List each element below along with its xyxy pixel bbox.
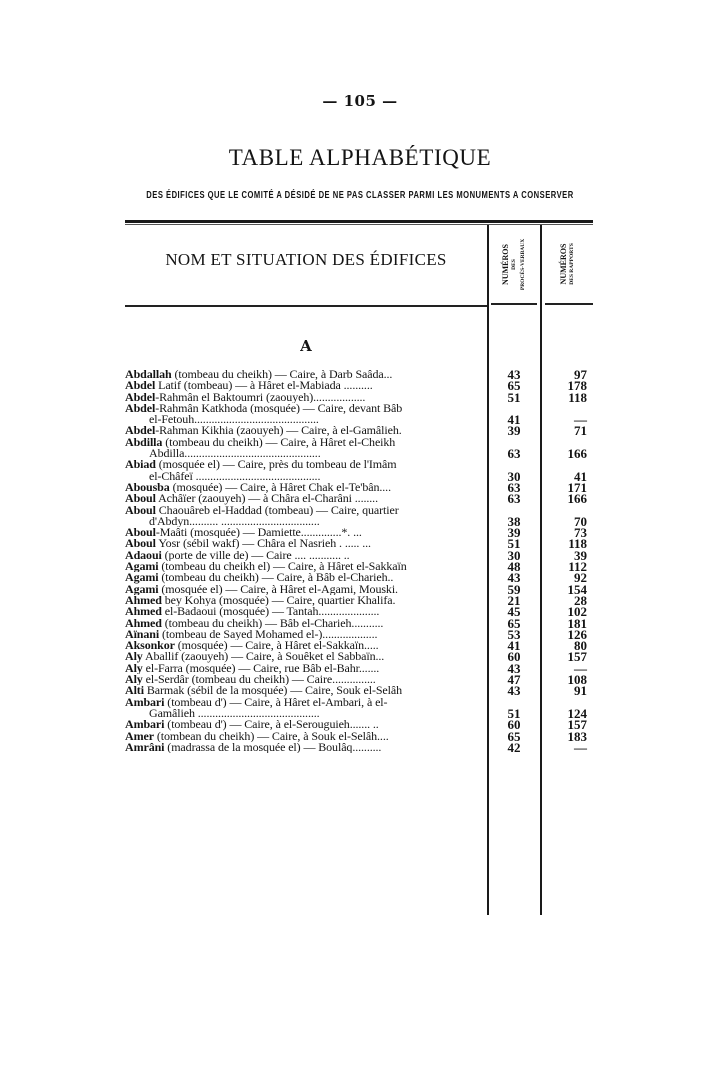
entry-text: (tombeau d') — Caire, à el-Serouguieh...… xyxy=(164,719,378,730)
table-row: Abdel-Rahman Kikhia (zaouyeh) — Caire, à… xyxy=(125,425,595,436)
entry-head-word: Aboul xyxy=(125,493,156,504)
entry-name: Abdel-Rahmân el Baktoumri (zaouyeh).....… xyxy=(125,392,487,403)
entry-text: Aballif (zaouyeh) — Caire, à Souêket el … xyxy=(143,651,385,662)
table-row: Ambari (tombeau d') — Caire, à Hâret el-… xyxy=(125,697,595,708)
entry-name: Aboul-Maâti (mosquée) — Damiette........… xyxy=(125,527,487,538)
table-row: Agami (mosquée el) — Caire, à Hâret el-A… xyxy=(125,584,595,595)
table-row: Abdilla.................................… xyxy=(125,448,595,459)
entry-head-word: Ambari xyxy=(125,697,164,708)
table-row: Aboul Yosr (sébil wakf) — Châra el Nasri… xyxy=(125,538,595,549)
entry-name: Abdel-Rahmân Katkhoda (mosquée) — Caire,… xyxy=(125,403,487,414)
proces-verbal-number: 63 xyxy=(487,448,541,459)
entry-head-word: Agami xyxy=(125,561,159,572)
entry-text: bey Kohya (mosquée) — Caire, quartier Kh… xyxy=(162,595,396,606)
entry-name: Aly Aballif (zaouyeh) — Caire, à Souêket… xyxy=(125,651,487,662)
entry-text: Barmak (sébil de la mosquée) — Caire, So… xyxy=(144,685,402,696)
proces-verbal-number: 51 xyxy=(487,392,541,403)
rapport-number: 166 xyxy=(541,493,595,504)
entry-text: el-Châfeï ..............................… xyxy=(149,471,320,482)
entry-name: Alti Barmak (sébil de la mosquée) — Cair… xyxy=(125,685,487,696)
table-row: Gamâlieh ...............................… xyxy=(125,708,595,719)
entry-name: Adaoui (porte de ville de) — Caire .... … xyxy=(125,550,487,561)
rapport-number: 71 xyxy=(541,425,595,436)
entry-name: Abdel-Rahman Kikhia (zaouyeh) — Caire, à… xyxy=(125,425,487,436)
entry-text: -Maâti (mosquée) — Damiette.............… xyxy=(156,527,362,538)
table-row: Abdel-Rahmân Katkhoda (mosquée) — Caire,… xyxy=(125,403,595,414)
table-row: Ahmed bey Kohya (mosquée) — Caire, quart… xyxy=(125,595,595,606)
entry-text: (porte de ville de) — Caire .... .......… xyxy=(162,550,350,561)
entry-name: Gamâlieh ...............................… xyxy=(125,708,487,719)
table-row: Amer (tombean du cheikh) — Caire, à Souk… xyxy=(125,731,595,742)
header-proces-verbaux: NUMÉROS DES PROCÈS-VERBAUX xyxy=(490,228,540,300)
entry-name: Abiad (mosquée el) — Caire, près du tomb… xyxy=(125,459,487,470)
entry-name: Abdallah (tombeau du cheikh) — Caire, à … xyxy=(125,369,487,380)
entry-text: (mosquée) — Caire, à Hâret el-Sakkaïn...… xyxy=(175,640,379,651)
table-row: Abdallah (tombeau du cheikh) — Caire, à … xyxy=(125,369,595,380)
entry-text: Gamâlieh ...............................… xyxy=(149,708,320,719)
entry-head-word: Alti xyxy=(125,685,144,696)
entry-name: Agami (mosquée el) — Caire, à Hâret el-A… xyxy=(125,584,487,595)
entry-head-word: Aboul xyxy=(125,538,156,549)
table-row: Aboul-Maâti (mosquée) — Damiette........… xyxy=(125,527,595,538)
entry-head-word: Ahmed xyxy=(125,606,162,617)
entry-text: (mosquée el) — Caire, près du tombeau de… xyxy=(156,459,397,470)
entry-name: Amrâni (madrassa de la mosquée el) — Bou… xyxy=(125,742,487,753)
header-rule-col1 xyxy=(491,303,537,305)
entry-name: Agami (tombeau du cheikh el) — Caire, à … xyxy=(125,561,487,572)
entries-list: Abdallah (tombeau du cheikh) — Caire, à … xyxy=(125,369,595,753)
entry-head-word: Abousba xyxy=(125,482,170,493)
entry-text: (mosquée) — Caire, à Hâret Chak el-Te'bâ… xyxy=(170,482,391,493)
table-row: Ambari (tombeau d') — Caire, à el-Seroug… xyxy=(125,719,595,730)
table-row: Alti Barmak (sébil de la mosquée) — Cair… xyxy=(125,685,595,696)
table-row: Aïnani (tombeau de Sayed Mohamed el-)...… xyxy=(125,629,595,640)
table-row: Adaoui (porte de ville de) — Caire .... … xyxy=(125,550,595,561)
entry-text: (tombeau du cheikh) — Caire, à Bâb el-Ch… xyxy=(159,572,394,583)
table-row: Abdel Latif (tombeau) — à Hâret el-Mabia… xyxy=(125,380,595,391)
header-rap-line2: DES RAPPORTS xyxy=(568,243,577,285)
entry-name: Ambari (tombeau d') — Caire, à el-Seroug… xyxy=(125,719,487,730)
entry-name: Aboul Chaouâreb el-Haddad (tombeau) — Ca… xyxy=(125,505,487,516)
table-row: Abiad (mosquée el) — Caire, près du tomb… xyxy=(125,459,595,470)
table-row: Ahmed el-Badaoui (mosquée) — Tantah.....… xyxy=(125,606,595,617)
rapport-number: — xyxy=(541,742,595,753)
entry-text: (tombeau du cheikh el) — Caire, à Hâret … xyxy=(159,561,407,572)
entry-text: (mosquée el) — Caire, à Hâret el-Agami, … xyxy=(159,584,398,595)
entry-name: el-Châfeï ..............................… xyxy=(125,471,487,482)
entry-head-word: Amrâni xyxy=(125,742,164,753)
entry-text: -Rahmân el Baktoumri (zaouyeh)..........… xyxy=(155,392,365,403)
table-row: Aboul Achâïer (zaouyeh) — à Châra el-Cha… xyxy=(125,493,595,504)
table-row: Aly Aballif (zaouyeh) — Caire, à Souêket… xyxy=(125,651,595,662)
entry-text: Achâïer (zaouyeh) — à Châra el-Charâni .… xyxy=(156,493,378,504)
entry-name: Aboul Achâïer (zaouyeh) — à Châra el-Cha… xyxy=(125,493,487,504)
entry-name: Amer (tombean du cheikh) — Caire, à Souk… xyxy=(125,731,487,742)
entry-head-word: Aboul xyxy=(125,505,156,516)
entry-text: Yosr (sébil wakf) — Châra el Nasrieh . .… xyxy=(156,538,371,549)
entry-text: (tombean du cheikh) — Caire, à Souk el-S… xyxy=(154,731,389,742)
entry-name: Ahmed el-Badaoui (mosquée) — Tantah.....… xyxy=(125,606,487,617)
entry-head-word: Abdallah xyxy=(125,369,172,380)
entry-head-word: Aly xyxy=(125,663,143,674)
entry-head-word: Abdilla xyxy=(125,437,162,448)
entry-text: (tombeau du cheikh) — Caire, à Darb Saâd… xyxy=(172,369,393,380)
entry-head-word: Agami xyxy=(125,584,159,595)
table-top-rule xyxy=(125,220,593,223)
header-rule-main xyxy=(125,305,487,307)
entry-head-word: Abiad xyxy=(125,459,156,470)
entry-head-word: Amer xyxy=(125,731,154,742)
table-row: Abdel-Rahmân el Baktoumri (zaouyeh).....… xyxy=(125,392,595,403)
entry-text: -Rahmân Katkhoda (mosquée) — Caire, deva… xyxy=(155,403,402,414)
entry-name: el-Fetouh...............................… xyxy=(125,414,487,425)
proces-verbal-number: 39 xyxy=(487,425,541,436)
header-name-column: NOM ET SITUATION DES ÉDIFICES xyxy=(125,250,487,270)
entry-text: el-Serdâr (tombeau du cheikh) — Caire...… xyxy=(143,674,376,685)
table-row: d'Abdyn.......... ......................… xyxy=(125,516,595,527)
table-top-rule-thin xyxy=(125,224,593,225)
table-row: Ahmed (tombeau du cheikh) — Bâb el-Chari… xyxy=(125,618,595,629)
entry-head-word: Aboul xyxy=(125,527,156,538)
rapport-number: 118 xyxy=(541,392,595,403)
entry-name: Ahmed bey Kohya (mosquée) — Caire, quart… xyxy=(125,595,487,606)
header-pv-line1: NUMÉROS xyxy=(502,238,511,289)
header-pv-line3: PROCÈS-VERBAUX xyxy=(520,238,529,289)
table-row: Aly el-Serdâr (tombeau du cheikh) — Cair… xyxy=(125,674,595,685)
entry-head-word: Aly xyxy=(125,651,143,662)
entry-name: Agami (tombeau du cheikh) — Caire, à Bâb… xyxy=(125,572,487,583)
entry-text: (tombeau du cheikh) — Bâb el-Charieh....… xyxy=(162,618,383,629)
section-letter: A xyxy=(125,337,487,355)
page-subtitle: DES ÉDIFICES QUE LE COMITÉ A DÉSIDÉ DE N… xyxy=(0,188,720,200)
entry-head-word: Abdel xyxy=(125,392,155,403)
entry-head-word: Aksonkor xyxy=(125,640,175,651)
entry-name: Aksonkor (mosquée) — Caire, à Hâret el-S… xyxy=(125,640,487,651)
entry-head-word: Ahmed xyxy=(125,595,162,606)
entry-head-word: Ahmed xyxy=(125,618,162,629)
table-row: Aly el-Farra (mosquée) — Caire, rue Bâb … xyxy=(125,663,595,674)
proces-verbal-number: 43 xyxy=(487,685,541,696)
rapport-number: 166 xyxy=(541,448,595,459)
entry-text: Latif (tombeau) — à Hâret el-Mabiada ...… xyxy=(155,380,372,391)
entry-name: Abousba (mosquée) — Caire, à Hâret Chak … xyxy=(125,482,487,493)
entry-text: d'Abdyn.......... ......................… xyxy=(149,516,320,527)
header-rap-line1: NUMÉROS xyxy=(559,243,568,285)
entry-head-word: Abdel xyxy=(125,380,155,391)
table-row: Aksonkor (mosquée) — Caire, à Hâret el-S… xyxy=(125,640,595,651)
page-number: — 105 — xyxy=(0,92,720,110)
table-row: Agami (tombeau du cheikh el) — Caire, à … xyxy=(125,561,595,572)
header-rule-col2 xyxy=(545,303,593,305)
entry-head-word: Abdel xyxy=(125,425,155,436)
entry-head-word: Aly xyxy=(125,674,143,685)
entry-name: Aïnani (tombeau de Sayed Mohamed el-)...… xyxy=(125,629,487,640)
page-title: TABLE ALPHABÉTIQUE xyxy=(0,145,720,171)
entry-text: -Rahman Kikhia (zaouyeh) — Caire, à el-G… xyxy=(155,425,401,436)
proces-verbal-number: 42 xyxy=(487,742,541,753)
entry-text: (tombeau de Sayed Mohamed el-)..........… xyxy=(159,629,377,640)
header-pv-line2: DES xyxy=(511,238,520,289)
entry-text: Chaouâreb el-Haddad (tombeau) — Caire, q… xyxy=(156,505,399,516)
entry-head-word: Abdel xyxy=(125,403,155,414)
entry-text: (tombeau d') — Caire, à Hâret el-Ambari,… xyxy=(164,697,387,708)
table-row: Abdilla (tombeau du cheikh) — Caire, à H… xyxy=(125,437,595,448)
entry-text: el-Farra (mosquée) — Caire, rue Bâb el-B… xyxy=(143,663,379,674)
entry-name: Ahmed (tombeau du cheikh) — Bâb el-Chari… xyxy=(125,618,487,629)
entry-name: Ambari (tombeau d') — Caire, à Hâret el-… xyxy=(125,697,487,708)
table-row: Aboul Chaouâreb el-Haddad (tombeau) — Ca… xyxy=(125,505,595,516)
entry-name: Abdilla (tombeau du cheikh) — Caire, à H… xyxy=(125,437,487,448)
table-row: el-Fetouh...............................… xyxy=(125,414,595,425)
entry-head-word: Ambari xyxy=(125,719,164,730)
entry-text: Abdilla.................................… xyxy=(149,448,321,459)
header-rapports: NUMÉROS DES RAPPORTS xyxy=(543,228,593,300)
proces-verbal-number: 63 xyxy=(487,493,541,504)
table-row: el-Châfeï ..............................… xyxy=(125,471,595,482)
table-row: Amrâni (madrassa de la mosquée el) — Bou… xyxy=(125,742,595,753)
entry-text: el-Fetouh...............................… xyxy=(149,414,319,425)
entry-name: Aboul Yosr (sébil wakf) — Châra el Nasri… xyxy=(125,538,487,549)
entry-name: Aly el-Serdâr (tombeau du cheikh) — Cair… xyxy=(125,674,487,685)
entry-head-word: Aïnani xyxy=(125,629,159,640)
table-row: Abousba (mosquée) — Caire, à Hâret Chak … xyxy=(125,482,595,493)
entry-name: Aly el-Farra (mosquée) — Caire, rue Bâb … xyxy=(125,663,487,674)
rapport-number: 91 xyxy=(541,685,595,696)
entry-name: d'Abdyn.......... ......................… xyxy=(125,516,487,527)
entry-text: (tombeau du cheikh) — Caire, à Hâret el-… xyxy=(162,437,395,448)
entry-text: (madrassa de la mosquée el) — Boulâq....… xyxy=(164,742,381,753)
entry-name: Abdilla.................................… xyxy=(125,448,487,459)
entry-head-word: Adaoui xyxy=(125,550,162,561)
entry-head-word: Agami xyxy=(125,572,159,583)
table-row: Agami (tombeau du cheikh) — Caire, à Bâb… xyxy=(125,572,595,583)
entry-name: Abdel Latif (tombeau) — à Hâret el-Mabia… xyxy=(125,380,487,391)
entry-text: el-Badaoui (mosquée) — Tantah...........… xyxy=(162,606,379,617)
